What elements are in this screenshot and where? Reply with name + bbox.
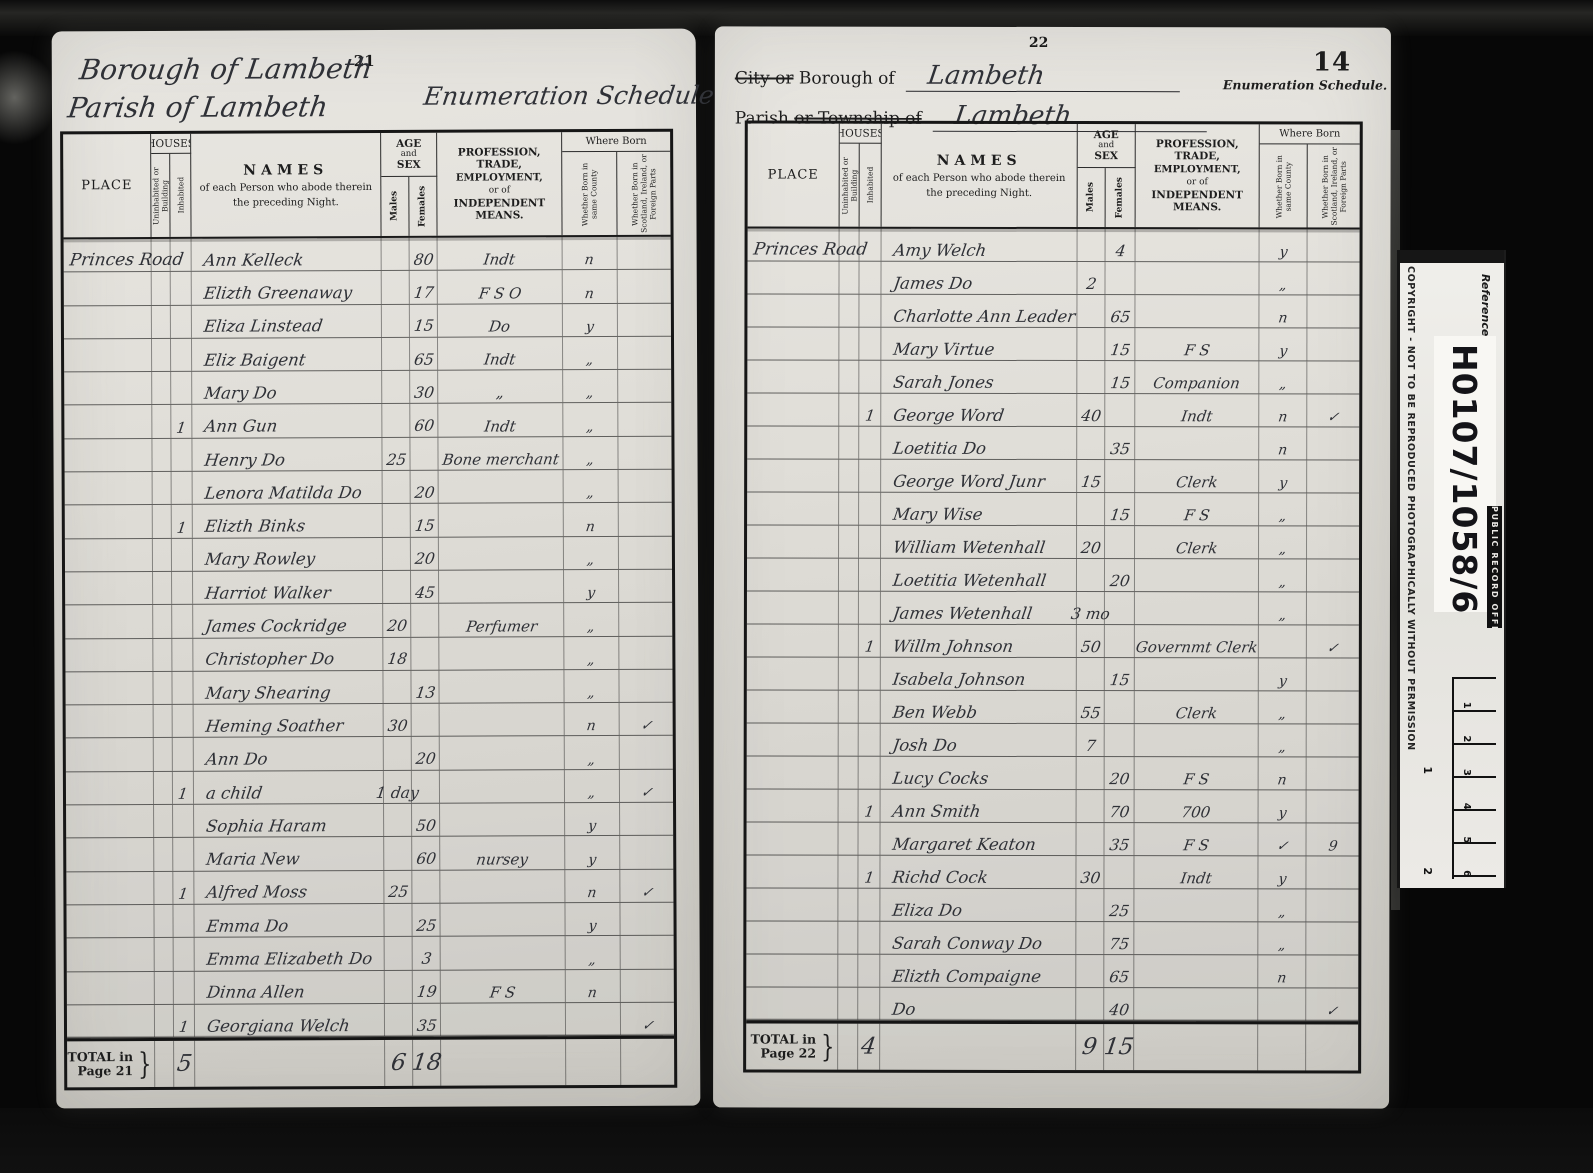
cell-inhabited [858, 823, 880, 855]
census-row: Isabela Johnson 15 y [747, 657, 1359, 691]
enumeration-schedule-handwritten: Enumeration Schedule [422, 81, 716, 111]
cell-profession: nursey [440, 837, 565, 870]
cell-inhabited [858, 988, 880, 1020]
cell-age-male [1077, 493, 1105, 525]
cell-born-county: „ [1258, 889, 1306, 921]
census-row: Mary Do 30 „ „ [64, 370, 671, 406]
cell-name: James Wetenhall [881, 592, 1077, 624]
cell-uninhabited [839, 493, 859, 525]
cell-age-male [1077, 427, 1105, 459]
census-row: Eliza Linstead 15 Do y [64, 303, 671, 339]
cell-age-male: 20 [1077, 526, 1105, 558]
cell-place: Princes Road [64, 239, 152, 272]
cell-age-female: 19 [413, 970, 441, 1002]
cell-profession [440, 770, 565, 803]
cell-uninhabited [839, 526, 859, 558]
cell-uninhabited [152, 372, 171, 404]
cell-profession [439, 470, 564, 503]
cell-born-county: „ [1259, 361, 1307, 393]
total-born-other [1306, 1024, 1358, 1070]
cell-age-female: 70 [1105, 790, 1135, 822]
cell-name: Eliza Do [880, 889, 1076, 921]
cell-age-female: 3 [413, 937, 441, 969]
cell-inhabited [171, 305, 192, 337]
film-bottom-band [0, 1108, 1593, 1173]
cell-born-other [618, 303, 671, 336]
cell-born-county: „ [564, 670, 619, 703]
cell-born-other [618, 237, 671, 270]
cell-uninhabited [154, 905, 173, 937]
col-males: Males [381, 177, 409, 236]
borough-line-handwritten: Borough of Lambeth [78, 52, 375, 86]
cell-place [64, 372, 152, 405]
total-names [880, 1024, 1076, 1070]
cell-born-other: ✓ [620, 703, 673, 736]
total-label: TOTAL in Page 21 } [67, 1041, 155, 1087]
cell-born-county: y [565, 903, 620, 936]
cell-profession: F S [1135, 328, 1259, 360]
cell-name: Elizth Compaigne [880, 955, 1076, 987]
cell-born-other [1307, 592, 1359, 624]
cell-profession [1135, 427, 1259, 459]
cell-uninhabited [838, 823, 858, 855]
col-born-other: Whether Born in Scotland, Ireland, or Fo… [1308, 144, 1360, 227]
cell-born-county: „ [564, 470, 619, 503]
cell-born-county: y [1258, 856, 1306, 888]
cell-born-county: „ [1259, 691, 1307, 723]
census-row: Ann Do 20 „ [66, 736, 673, 772]
table-header: PLACE HOUSES Uninhabited or Building Inh… [63, 132, 670, 240]
cell-inhabited [858, 955, 880, 987]
cell-name: Margaret Keaton [880, 823, 1076, 855]
col-females: Females [409, 177, 437, 236]
cell-place [65, 539, 153, 572]
cell-uninhabited [839, 460, 859, 492]
cell-profession [439, 637, 564, 670]
cell-uninhabited [152, 272, 171, 304]
cell-born-other [1307, 460, 1359, 492]
cell-place [66, 772, 154, 805]
total-females: 18 [413, 1040, 441, 1086]
census-row: Mary Wise 15 F S „ [747, 492, 1359, 526]
cell-place [66, 905, 154, 938]
table-header: PLACE HOUSES Uninhabited or Building Inh… [748, 123, 1360, 229]
cell-born-county: y [565, 803, 620, 836]
cell-born-other [1307, 295, 1359, 327]
cell-uninhabited [839, 724, 859, 756]
census-row: Maria New 60 nursey y [66, 836, 673, 872]
cell-born-other: 9 [1306, 823, 1358, 855]
cell-profession: F S O [438, 270, 563, 303]
cell-name: Alfred Moss [194, 871, 384, 904]
total-names [195, 1040, 385, 1087]
cell-age-male [382, 404, 410, 436]
cell-profession: Governmt Clerk [1135, 625, 1259, 657]
cell-born-other [619, 503, 672, 536]
cell-born-other [1307, 691, 1359, 723]
parish-line-handwritten: Parish of Lambeth [66, 90, 330, 124]
borough-value-line: Lambeth [906, 61, 1180, 92]
cell-profession [439, 504, 564, 537]
cell-age-female: 75 [1104, 922, 1134, 954]
cell-born-county: n [565, 870, 620, 903]
cell-inhabited [859, 361, 881, 393]
cell-place [747, 360, 839, 392]
cell-uninhabited [839, 625, 859, 657]
census-table-left: PLACE HOUSES Uninhabited or Building Inh… [60, 129, 677, 1091]
cell-place [747, 723, 839, 755]
cell-age-female: 4 [1106, 229, 1136, 261]
cell-name: George Word [881, 394, 1077, 426]
col-inhabited: Inhabited [170, 154, 191, 237]
cell-born-county: „ [1259, 724, 1307, 756]
census-row: 1 Ann Smith 70 700 y [747, 789, 1359, 823]
cell-name: Do [880, 988, 1076, 1020]
cell-profession [439, 670, 564, 703]
cell-inhabited [858, 889, 880, 921]
cell-age-male [382, 238, 410, 270]
col-profession: PROFESSION, TRADE, EMPLOYMENT, or of IND… [437, 132, 562, 236]
cell-inhabited [171, 439, 192, 471]
cell-born-county: y [1260, 229, 1308, 261]
ruler-inch-label: 1 [1421, 677, 1434, 778]
col-males: Males [1078, 168, 1106, 227]
ruler-cm-labels: 123456 [1461, 677, 1472, 879]
cell-age-male [383, 538, 411, 570]
cell-inhabited [858, 922, 880, 954]
cell-born-other [1306, 856, 1358, 888]
cell-age-male [1077, 757, 1105, 789]
census-row: Sophia Haram 50 y [66, 803, 673, 839]
cell-profession: F S [1134, 823, 1258, 855]
cell-born-other [1306, 889, 1358, 921]
cell-uninhabited [152, 339, 171, 371]
cell-born-other [620, 836, 673, 869]
cell-age-female: 35 [1105, 427, 1135, 459]
cell-born-county: n [1259, 295, 1307, 327]
cell-profession: Indt [438, 237, 563, 270]
cell-inhabited [859, 658, 881, 690]
ruler-inch-label: 2 [1421, 778, 1434, 879]
cell-born-county: n [563, 237, 618, 270]
cell-born-county: „ [1259, 262, 1307, 294]
cell-inhabited: 1 [859, 625, 881, 657]
cell-born-county: n [563, 270, 618, 303]
census-row: Josh Do 7 „ [747, 723, 1359, 757]
cell-profession [1135, 592, 1259, 624]
cell-place [747, 459, 839, 491]
cell-born-county: „ [563, 337, 618, 370]
census-row: 1 Elizth Binks 15 n [65, 503, 672, 539]
cell-age-male: 1 day [384, 771, 412, 803]
cell-inhabited [173, 805, 194, 837]
census-row: Princes Road Ann Kelleck 80 Indt n [64, 237, 671, 273]
cell-age-male [382, 271, 410, 303]
cell-profession: Clerk [1135, 526, 1259, 558]
cell-profession [1135, 724, 1259, 756]
cell-place [746, 921, 838, 953]
cell-born-county: n [566, 969, 621, 1002]
cell-name: James Do [881, 262, 1077, 294]
cell-name: Elizth Binks [193, 504, 383, 537]
total-profession [441, 1039, 566, 1086]
cell-inhabited [172, 538, 193, 570]
cell-age-female: 13 [411, 671, 439, 703]
cell-uninhabited [152, 305, 171, 337]
cell-name: Eliza Linstead [192, 305, 382, 338]
cell-profession [1135, 658, 1259, 690]
cell-age-female: 35 [1104, 823, 1134, 855]
cell-uninhabited [153, 605, 172, 637]
col-houses: HOUSES [840, 124, 882, 144]
census-row: Mary Rowley 20 „ [65, 536, 672, 572]
cell-place [66, 838, 154, 871]
total-females: 15 [1104, 1024, 1134, 1070]
cell-name: Sarah Conway Do [880, 922, 1076, 954]
cell-age-female [410, 438, 438, 470]
cell-place [747, 591, 839, 623]
cell-age-male [1077, 361, 1105, 393]
census-row: Elizth Compaigne 65 n [746, 954, 1358, 988]
cell-born-county [1259, 625, 1307, 657]
cell-born-other [619, 570, 672, 603]
cell-place [66, 705, 154, 738]
cell-born-other [621, 936, 674, 969]
cell-inhabited [859, 460, 881, 492]
cell-inhabited [171, 339, 192, 371]
cell-age-female: 60 [412, 837, 440, 869]
cell-uninhabited [839, 757, 859, 789]
cell-uninhabited [153, 638, 172, 670]
census-row: Emma Elizabeth Do 3 „ [67, 936, 674, 972]
cell-born-county: y [1259, 658, 1307, 690]
cell-name: George Word Junr [881, 460, 1077, 492]
census-row: Margaret Keaton 35 F S ✓ 9 [746, 822, 1358, 856]
cell-place [747, 426, 839, 458]
census-row: Elizth Greenaway 17 F S O n [64, 270, 671, 306]
cell-place [65, 672, 153, 705]
cell-born-other [1308, 229, 1360, 261]
col-houses: HOUSES [151, 134, 191, 154]
col-born-other: Whether Born in Scotland, Ireland, or Fo… [617, 152, 670, 235]
cell-uninhabited [838, 922, 858, 954]
cell-age-male [1077, 790, 1105, 822]
cell-profession [441, 936, 566, 969]
cell-uninhabited [153, 572, 172, 604]
cell-born-other: ✓ [1307, 625, 1359, 657]
total-brace: } [138, 1047, 152, 1082]
cell-born-other: ✓ [1307, 394, 1359, 426]
cell-inhabited [859, 724, 881, 756]
borough-line: City or Borough of Lambeth [735, 60, 1180, 92]
cell-inhabited [172, 638, 193, 670]
col-inhabited: Inhabited [860, 144, 882, 227]
col-uninhabited: Uninhabited or Building [840, 144, 860, 227]
cell-born-county: „ [1258, 922, 1306, 954]
census-row: 1 Georgiana Welch 35 ✓ [67, 1003, 674, 1039]
cell-born-other [620, 803, 673, 836]
census-table-right: PLACE HOUSES Uninhabited or Building Inh… [743, 120, 1363, 1073]
census-row: James Do 2 „ [747, 261, 1359, 295]
cell-born-county [1258, 988, 1306, 1020]
cell-name: Sophia Haram [194, 804, 384, 837]
cell-born-county: ✓ [1258, 823, 1306, 855]
census-row: George Word Junr 15 Clerk y [747, 459, 1359, 493]
cell-uninhabited [838, 856, 858, 888]
total-brace: } [821, 1029, 834, 1064]
cell-born-other [1307, 526, 1359, 558]
total-row: TOTAL in Page 21 } 5 6 18 [67, 1036, 674, 1088]
cell-place [746, 855, 838, 887]
cell-inhabited [174, 938, 195, 970]
col-names: NAMES of each Person who abode therein t… [882, 124, 1078, 227]
cell-age-male: 25 [382, 438, 410, 470]
cell-name: Maria New [194, 837, 384, 870]
total-uninhabited [155, 1041, 174, 1087]
cell-born-other [619, 670, 672, 703]
census-row: Eliz Baigent 65 Indt „ [64, 337, 671, 373]
cell-uninhabited [154, 838, 173, 870]
cell-name: Mary Wise [881, 493, 1077, 525]
total-inhabited: 4 [858, 1024, 880, 1070]
strip-end-cap [1400, 250, 1504, 263]
cell-inhabited: 1 [171, 405, 192, 437]
cell-born-county: „ [1259, 559, 1307, 591]
cell-name: Isabela Johnson [881, 658, 1077, 690]
cell-age-male [385, 937, 413, 969]
table-body: Princes Road Ann Kelleck 80 Indt n Elizt… [64, 237, 674, 1039]
cell-profession: Indt [1135, 394, 1259, 426]
cell-uninhabited [153, 539, 172, 571]
cell-age-female [1105, 262, 1135, 294]
cell-name: Ann Kelleck [192, 238, 382, 271]
cell-age-male: 18 [383, 637, 411, 669]
cell-profession: Bone merchant [438, 437, 563, 470]
cell-inhabited [172, 672, 193, 704]
cell-place [64, 306, 152, 339]
cell-born-other [619, 636, 672, 669]
cell-age-male [382, 371, 410, 403]
cell-profession: „ [438, 370, 563, 403]
scale-ruler: 123456 12 [1412, 677, 1496, 879]
ruler-inch-labels: 12 [1421, 677, 1434, 879]
cell-age-male [384, 904, 412, 936]
cell-profession [440, 737, 565, 770]
cell-age-female [1105, 724, 1135, 756]
reference-strip: Reference* H0107/1058/6 PUBLIC RECORD OF… [1402, 250, 1506, 888]
census-row: Henry Do 25 Bone merchant „ [64, 436, 671, 472]
cell-name: Loetitia Do [881, 427, 1077, 459]
cell-born-other [1307, 790, 1359, 822]
census-row: Mary Virtue 15 F S y [747, 327, 1359, 361]
cell-place [746, 987, 838, 1019]
struck-city-or: City or [735, 68, 794, 88]
cell-age-female: 40 [1104, 988, 1134, 1020]
cell-age-female: 20 [411, 537, 439, 569]
cell-inhabited [173, 705, 194, 737]
cell-born-other: ✓ [620, 769, 673, 802]
schedule-number: 14 [1313, 47, 1351, 77]
cell-born-other [618, 270, 671, 303]
cell-inhabited: 1 [173, 772, 194, 804]
cell-uninhabited [154, 772, 173, 804]
cell-born-county: „ [564, 537, 619, 570]
cell-age-male [1078, 229, 1106, 261]
col-names: NAMES of each Person who abode therein t… [191, 133, 381, 237]
total-label: TOTAL in Page 22 } [746, 1023, 838, 1069]
cell-born-other [1307, 328, 1359, 360]
census-row: Loetitia Wetenhall 20 „ [747, 558, 1359, 592]
cell-uninhabited [839, 394, 859, 426]
cell-age-male: 55 [1077, 691, 1105, 723]
cell-profession [1135, 295, 1259, 327]
cell-age-male [382, 304, 410, 336]
cell-place [746, 822, 838, 854]
cell-name: Mary Shearing [193, 671, 383, 704]
cell-uninhabited [154, 705, 173, 737]
cell-age-male [385, 1004, 413, 1036]
cell-place [747, 756, 839, 788]
cell-place [747, 558, 839, 590]
cell-age-male [383, 671, 411, 703]
cell-age-male [1077, 295, 1105, 327]
cell-age-female: 50 [412, 804, 440, 836]
cell-age-male [1076, 955, 1104, 987]
col-profession: PROFESSION, TRADE, EMPLOYMENT, or of IND… [1136, 124, 1260, 227]
cell-born-county: „ [1259, 526, 1307, 558]
cell-age-female [1105, 394, 1135, 426]
cell-name: Emma Do [194, 904, 384, 937]
cell-age-female: 60 [410, 404, 438, 436]
cell-uninhabited [839, 361, 859, 393]
cell-born-county: „ [565, 770, 620, 803]
cell-age-male: 20 [383, 604, 411, 636]
cell-age-male [1077, 328, 1105, 360]
cell-profession: Perfumer [439, 603, 564, 636]
cell-inhabited: 1 [174, 1005, 195, 1037]
cell-born-other: ✓ [1306, 988, 1358, 1020]
cell-profession: F S [441, 970, 566, 1003]
cell-place [747, 261, 839, 293]
cell-place [65, 572, 153, 605]
cell-age-male [1077, 658, 1105, 690]
cell-profession: F S [1135, 493, 1259, 525]
cell-profession: Clerk [1135, 460, 1259, 492]
census-row: Harriot Walker 45 y [65, 570, 672, 606]
census-row: 1 a child 1 day „ ✓ [66, 769, 673, 805]
cell-uninhabited [839, 295, 859, 327]
cell-place [66, 738, 154, 771]
reference-strip-rotated: Reference* H0107/1058/6 PUBLIC RECORD OF… [1397, 250, 1506, 888]
cell-place [746, 954, 838, 986]
cell-profession [1134, 988, 1258, 1020]
cell-name: Lenora Matilda Do [193, 471, 383, 504]
cell-place [64, 339, 152, 372]
census-row: 1 Richd Cock 30 Indt y [746, 855, 1358, 889]
cell-age-female [1105, 625, 1135, 657]
cell-born-county: n [564, 503, 619, 536]
ruler-cm-label: 5 [1461, 812, 1472, 846]
cell-profession: Clerk [1135, 691, 1259, 723]
cell-profession: Companion [1135, 361, 1259, 393]
cell-place [747, 525, 839, 557]
cell-name: Loetitia Wetenhall [881, 559, 1077, 591]
cell-name: Ann Do [194, 737, 384, 770]
cell-inhabited: 1 [173, 871, 194, 903]
census-row: Heming Soather 30 n ✓ [66, 703, 673, 739]
cell-profession: Indt [438, 404, 563, 437]
cell-name: Lucy Cocks [881, 757, 1077, 789]
